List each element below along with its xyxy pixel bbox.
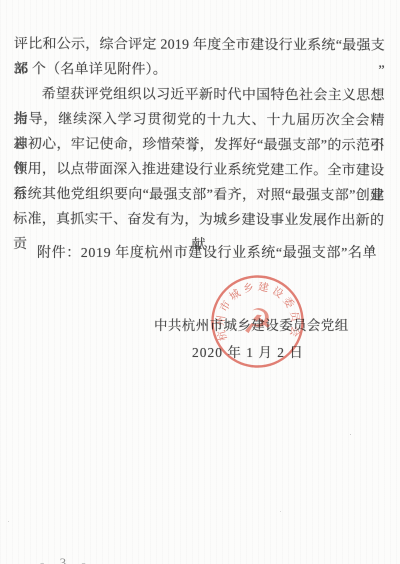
hammer-sickle-icon: ☭	[242, 302, 272, 342]
body-line: 忘初心，牢记使命，珍惜荣誉，发挥好“最强支部”的示范引领	[13, 132, 384, 159]
body-line: 指导，继续深入学习贯彻党的十九大、十九届历次全会精神，不	[14, 107, 385, 134]
official-seal: 杭州市城乡建设委员会 ☭	[209, 273, 306, 370]
body-line: 标准，真抓实干、奋发有为，为城乡建设事业发展作出新的贡献。	[13, 207, 384, 234]
body-line: 希望获评党组织以习近平新时代中国特色社会主义思想为	[14, 82, 385, 109]
document-page: 评比和公示，综合评定 2019 年度全市建设行业系统“最强支部” 36 个（名单…	[0, 0, 400, 564]
page-number: - 3 -	[40, 555, 92, 564]
body-text-block: 评比和公示，综合评定 2019 年度全市建设行业系统“最强支部” 36 个（名单…	[13, 32, 385, 234]
body-line: 评比和公示，综合评定 2019 年度全市建设行业系统“最强支部”	[14, 32, 385, 59]
body-line: 系统其他党组织要向“最强支部”看齐，对照“最强支部”创建	[13, 182, 384, 209]
body-line: 作用，以点带面深入推进建设行业系统党建工作。全市建设行业	[13, 157, 384, 184]
attachment-reference: 附件：2019 年度杭州市建设行业系统“最强支部”名单	[14, 241, 385, 266]
